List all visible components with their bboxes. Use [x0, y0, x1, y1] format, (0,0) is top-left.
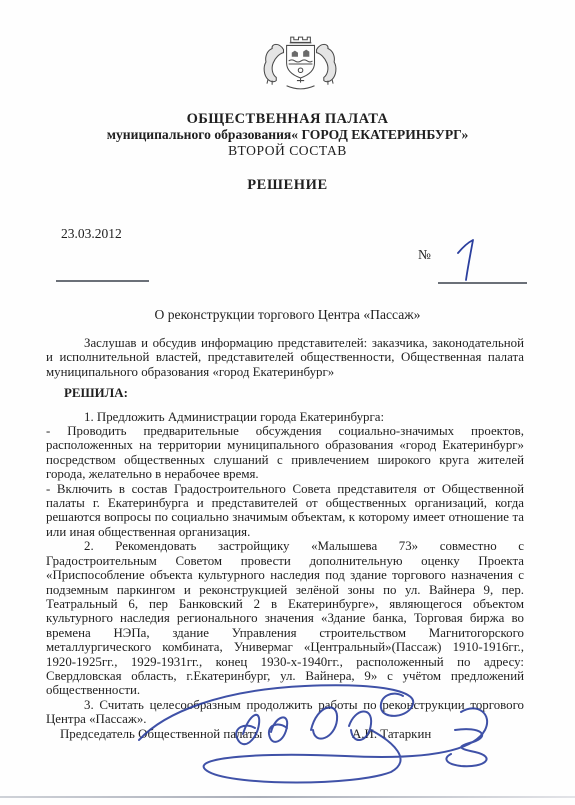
scan-edge-artifact: [0, 796, 575, 798]
body-paragraph-bullet2: - Включить в состав Градостроительного С…: [46, 482, 524, 540]
document-date: 23.03.2012: [61, 226, 122, 242]
handwritten-document-number: [448, 238, 500, 284]
scanned-document-page: ОБЩЕСТВЕННАЯ ПАЛАТА муниципального образ…: [0, 0, 575, 805]
body-paragraph-item1: 1. Предложить Администрации города Екате…: [46, 410, 524, 424]
body-paragraph-item2: 2. Рекомендовать застройщику «Малышева 7…: [46, 539, 524, 697]
org-name-line2: муниципального образования« ГОРОД ЕКАТЕР…: [0, 127, 575, 143]
document-type-heading: РЕШЕНИЕ: [0, 177, 575, 194]
resolved-heading: РЕШИЛА:: [46, 386, 524, 400]
signatory-name: А.И. Татаркин: [352, 727, 431, 742]
document-number-label: №: [418, 247, 431, 263]
signatory-position-title: Председатель Общественной палаты: [60, 727, 262, 741]
body-paragraph-item3: 3. Считать целесообразным продолжить раб…: [46, 698, 524, 727]
org-name-line1: ОБЩЕСТВЕННАЯ ПАЛАТА: [0, 111, 575, 127]
document-title: О реконструкции торгового Центра «Пассаж…: [0, 307, 575, 323]
signature-block: Председатель Общественной палаты А.И. Та…: [60, 727, 530, 742]
org-name-line3: ВТОРОЙ СОСТАВ: [0, 143, 575, 159]
preamble-paragraph: Заслушав и обсудив информацию представит…: [46, 336, 524, 379]
date-underline: [56, 280, 149, 282]
org-header: ОБЩЕСТВЕННАЯ ПАЛАТА муниципального образ…: [0, 111, 575, 159]
number-underline: [438, 282, 527, 284]
coat-of-arms-icon: [254, 32, 344, 94]
document-body: Заслушав и обсудив информацию представит…: [46, 336, 524, 727]
body-paragraph-bullet1: - Проводить предварительные обсуждения с…: [46, 424, 524, 482]
